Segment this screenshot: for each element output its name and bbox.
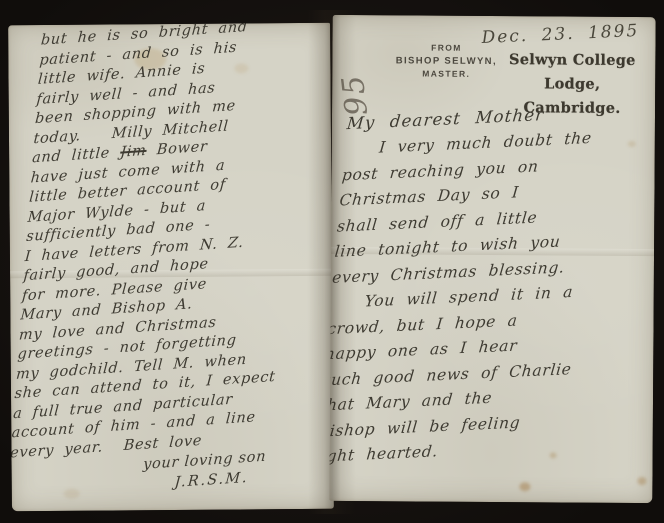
letter-page-right: 95 FROM BISHOP SELWYN, MASTER. Selwyn Co… — [329, 15, 655, 503]
struck-word: Jim — [120, 143, 147, 161]
handwritten-lines: I very much doubt the post reaching you … — [329, 124, 645, 471]
handwritten-date: Dec. 23. 1895 — [481, 21, 639, 48]
struck-line-pre: and little — [32, 145, 121, 167]
handwritten-lines-top: but he is so bright and patient - and so… — [33, 23, 334, 150]
foxing-spot — [637, 477, 646, 485]
letter-photograph: but he is so bright and patient - and so… — [0, 0, 664, 523]
letterhead-name: BISHOP SELWYN, — [388, 54, 504, 68]
foxing-spot — [519, 482, 530, 491]
address-lodge: Selwyn College Lodge, — [490, 48, 654, 97]
letter-page-left: but he is so bright and patient - and so… — [8, 23, 334, 512]
handwriting-right-block: My dearest Mother I very much doubt the … — [329, 97, 647, 470]
handwriting-left-block: but he is so bright and patient - and so… — [8, 23, 334, 504]
letterhead-title: MASTER. — [388, 67, 504, 81]
struck-line-post: Bower — [146, 139, 208, 159]
handwritten-lines-bottom: have just come with a little better acco… — [9, 149, 330, 463]
